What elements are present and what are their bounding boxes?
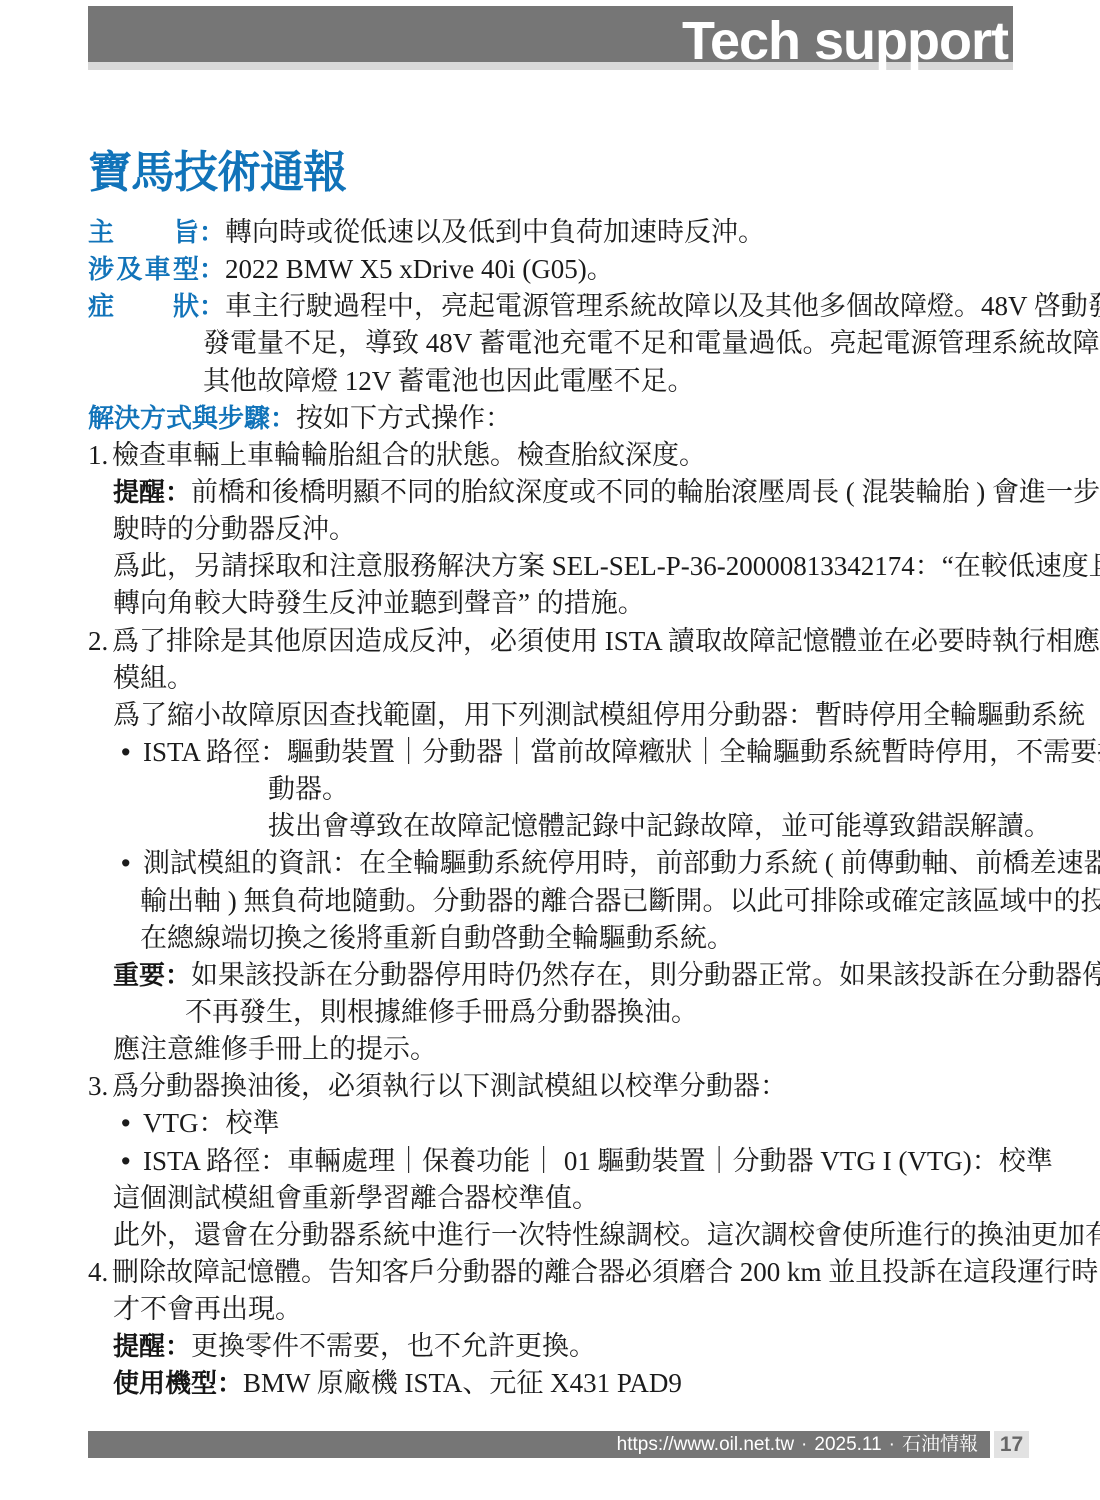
line-text: ISTA 路徑：驅動裝置｜分動器｜當前故障癥狀｜全輪驅動系統暫時停用，不需要拔出… [143,737,1100,767]
footer-publication: 石油情報 [902,1434,978,1455]
page-title: 寶馬技術通報 [88,136,346,200]
field-label-char: 症 [88,288,114,325]
list-number: 4. [88,1254,112,1291]
text-line: 其他故障燈 12V 蓄電池也因此電壓不足。 [88,363,1028,400]
text-line: 解決方式與步驟：按如下方式操作： [88,400,1028,437]
text-line: 應注意維修手冊上的提示。 [88,1031,1028,1068]
body-lines: 主旨：轉向時或從低速以及低到中負荷加速時反沖。涉及車型：2022 BMW X5 … [88,214,1028,1403]
field-label: 解決方式與步驟 [88,403,270,433]
line-text: 這個測試模組會重新學習離合器校準值。 [113,1183,599,1213]
line-text: 輸出軸 ) 無負荷地隨動。分動器的離合器已斷開。以此可排除或確定該區域中的投訴。 [140,886,1100,916]
text-line: 在總線端切換之後將重新自動啓動全輪驅動系統。 [88,920,1028,957]
bullet-icon: • [121,1143,143,1180]
line-text: ISTA 路徑：車輛處理｜保養功能｜ 01 驅動裝置｜分動器 VTG I (VT… [143,1146,1053,1176]
text-line: •ISTA 路徑：驅動裝置｜分動器｜當前故障癥狀｜全輪驅動系統暫時停用，不需要拔… [88,734,1028,771]
line-text: 此外，還會在分動器系統中進行一次特性線調校。這次調校會使所進行的換油更加有效。 [113,1220,1100,1250]
field-label-char: 狀 [173,288,199,325]
text-line: 1.檢查車輛上車輪輪胎組合的狀態。檢查胎紋深度。 [88,437,1028,474]
footer-separator: · [794,1434,814,1455]
line-text: 更換零件不需要，也不允許更換。 [191,1331,596,1361]
line-text: 轉向時或從低速以及低到中負荷加速時反沖。 [225,217,765,247]
line-text: 應注意維修手冊上的提示。 [113,1034,437,1064]
text-line: 才不會再出現。 [88,1291,1028,1328]
field-label-colon: ： [199,217,225,247]
text-line: 模組。 [88,660,1028,697]
line-text: 刪除故障記憶體。告知客戶分動器的離合器必須磨合 200 km 並且投訴在這段運行… [112,1257,1100,1287]
line-text: 爲此，另請採取和注意服務解決方案 SEL-SEL-P-36-2000081334… [113,551,1100,581]
text-line: 提醒：前橋和後橋明顯不同的胎紋深度或不同的輪胎滾壓周長 ( 混裝輪胎 ) 會進一… [88,474,1028,511]
footer-bar: https://www.oil.net.tw·2025.11·石油情報 [88,1431,990,1458]
list-number: 2. [88,623,112,660]
line-text: 拔出會導致在故障記憶體記錄中記錄故障，並可能導致錯誤解讀。 [268,811,1051,841]
text-line: 主旨：轉向時或從低速以及低到中負荷加速時反沖。 [88,214,1028,251]
line-text: 在總線端切換之後將重新自動啓動全輪驅動系統。 [140,923,734,953]
line-text: 車主行駛過程中，亮起電源管理系統故障以及其他多個故障燈。48V 啓動發電機， [225,291,1100,321]
line-text: 測試模組的資訊：在全輪驅動系統停用時，前部動力系統 ( 前傳動軸、前橋差速器和前 [143,848,1100,878]
field-label-colon: ： [199,291,225,321]
text-line: 駛時的分動器反沖。 [88,511,1028,548]
line-text: 不再發生，則根據維修手冊爲分動器換油。 [185,997,698,1027]
text-line: 不再發生，則根據維修手冊爲分動器換油。 [88,994,1028,1031]
field-label-char: 及 [116,251,142,288]
line-text: BMW 原廠機 ISTA、元征 X431 PAD9 [243,1368,682,1398]
text-line: 2.爲了排除是其他原因造成反沖，必須使用 ISTA 讀取故障記憶體並在必要時執行… [88,623,1028,660]
text-line: 重要：如果該投訴在分動器停用時仍然存在，則分動器正常。如果該投訴在分動器停用時 [88,957,1028,994]
text-line: 涉及車型：2022 BMW X5 xDrive 40i (G05)。 [88,251,1028,288]
bold-prefix: 使用機型： [113,1368,243,1398]
line-text: 動器。 [268,774,349,804]
bold-prefix: 提醒： [113,1331,191,1361]
text-line: 轉向角較大時發生反沖並聽到聲音” 的措施。 [88,585,1028,622]
text-line: 使用機型：BMW 原廠機 ISTA、元征 X431 PAD9 [88,1365,1028,1402]
line-text: 前橋和後橋明顯不同的胎紋深度或不同的輪胎滾壓周長 ( 混裝輪胎 ) 會進一步加強… [191,477,1100,507]
text-line: 症狀：車主行駛過程中，亮起電源管理系統故障以及其他多個故障燈。48V 啓動發電機… [88,288,1028,325]
line-text: 其他故障燈 12V 蓄電池也因此電壓不足。 [203,366,695,396]
field-label-char: 主 [88,214,114,251]
line-text: 爲了縮小故障原因查找範圍，用下列測試模組停用分動器：暫時停用全輪驅動系統 [113,700,1085,730]
footer-url: https://www.oil.net.tw [617,1434,794,1455]
bullet-icon: • [121,1105,143,1142]
line-text: 檢查車輛上車輪輪胎組合的狀態。檢查胎紋深度。 [112,440,706,470]
bold-prefix: 重要： [113,960,191,990]
text-line: •VTG：校準 [88,1105,1028,1142]
text-line: 這個測試模組會重新學習離合器校準值。 [88,1180,1028,1217]
text-line: 爲此，另請採取和注意服務解決方案 SEL-SEL-P-36-2000081334… [88,548,1028,585]
bullet-icon: • [121,845,143,882]
page-number: 17 [994,1431,1029,1458]
line-text: 爲了排除是其他原因造成反沖，必須使用 ISTA 讀取故障記憶體並在必要時執行相應… [112,626,1100,656]
line-text: 轉向角較大時發生反沖並聽到聲音” 的措施。 [113,588,645,618]
text-line: •測試模組的資訊：在全輪驅動系統停用時，前部動力系統 ( 前傳動軸、前橋差速器和… [88,845,1028,882]
text-line: 爲了縮小故障原因查找範圍，用下列測試模組停用分動器：暫時停用全輪驅動系統 [88,697,1028,734]
field-label: 症狀 [88,288,199,325]
text-line: 輸出軸 ) 無負荷地隨動。分動器的離合器已斷開。以此可排除或確定該區域中的投訴。 [88,883,1028,920]
field-label: 涉及車型 [88,251,199,288]
line-text: 按如下方式操作： [296,403,512,433]
line-text: 才不會再出現。 [113,1294,302,1324]
line-text: VTG：校準 [143,1108,280,1138]
field-label-colon: ： [270,403,296,433]
page: Tech support 寶馬技術通報 主旨：轉向時或從低速以及低到中負荷加速時… [0,0,1100,1500]
text-line: 拔出會導致在故障記憶體記錄中記錄故障，並可能導致錯誤解讀。 [88,808,1028,845]
line-text: 2022 BMW X5 xDrive 40i (G05)。 [225,254,614,284]
footer-date: 2025.11 [814,1434,881,1455]
line-text: 駛時的分動器反沖。 [113,514,356,544]
field-label-colon: ： [199,254,225,284]
line-text: 發電量不足，導致 48V 蓄電池充電不足和電量過低。亮起電源管理系統故障以及 [203,328,1100,358]
footer-separator: · [882,1434,902,1455]
line-text: 爲分動器換油後，必須執行以下測試模組以校準分動器： [112,1071,787,1101]
field-label-char: 車 [145,251,171,288]
text-line: 提醒：更換零件不需要，也不允許更換。 [88,1328,1028,1365]
bold-prefix: 提醒： [113,477,191,507]
field-label-char: 型 [173,251,199,288]
line-text: 模組。 [113,663,194,693]
text-line: 3.爲分動器換油後，必須執行以下測試模組以校準分動器： [88,1068,1028,1105]
text-line: 發電量不足，導致 48V 蓄電池充電不足和電量過低。亮起電源管理系統故障以及 [88,325,1028,362]
text-line: 此外，還會在分動器系統中進行一次特性線調校。這次調校會使所進行的換油更加有效。 [88,1217,1028,1254]
field-label-char: 涉 [88,251,114,288]
bullet-icon: • [121,734,143,771]
list-number: 1. [88,437,112,474]
field-label-char: 旨 [173,214,199,251]
line-text: 如果該投訴在分動器停用時仍然存在，則分動器正常。如果該投訴在分動器停用時 [191,960,1100,990]
text-line: 動器。 [88,771,1028,808]
header-title: Tech support [682,12,1008,70]
field-label: 主旨 [88,214,199,251]
text-line: 4.刪除故障記憶體。告知客戶分動器的離合器必須磨合 200 km 並且投訴在這段… [88,1254,1028,1291]
list-number: 3. [88,1068,112,1105]
text-line: •ISTA 路徑：車輛處理｜保養功能｜ 01 驅動裝置｜分動器 VTG I (V… [88,1143,1028,1180]
